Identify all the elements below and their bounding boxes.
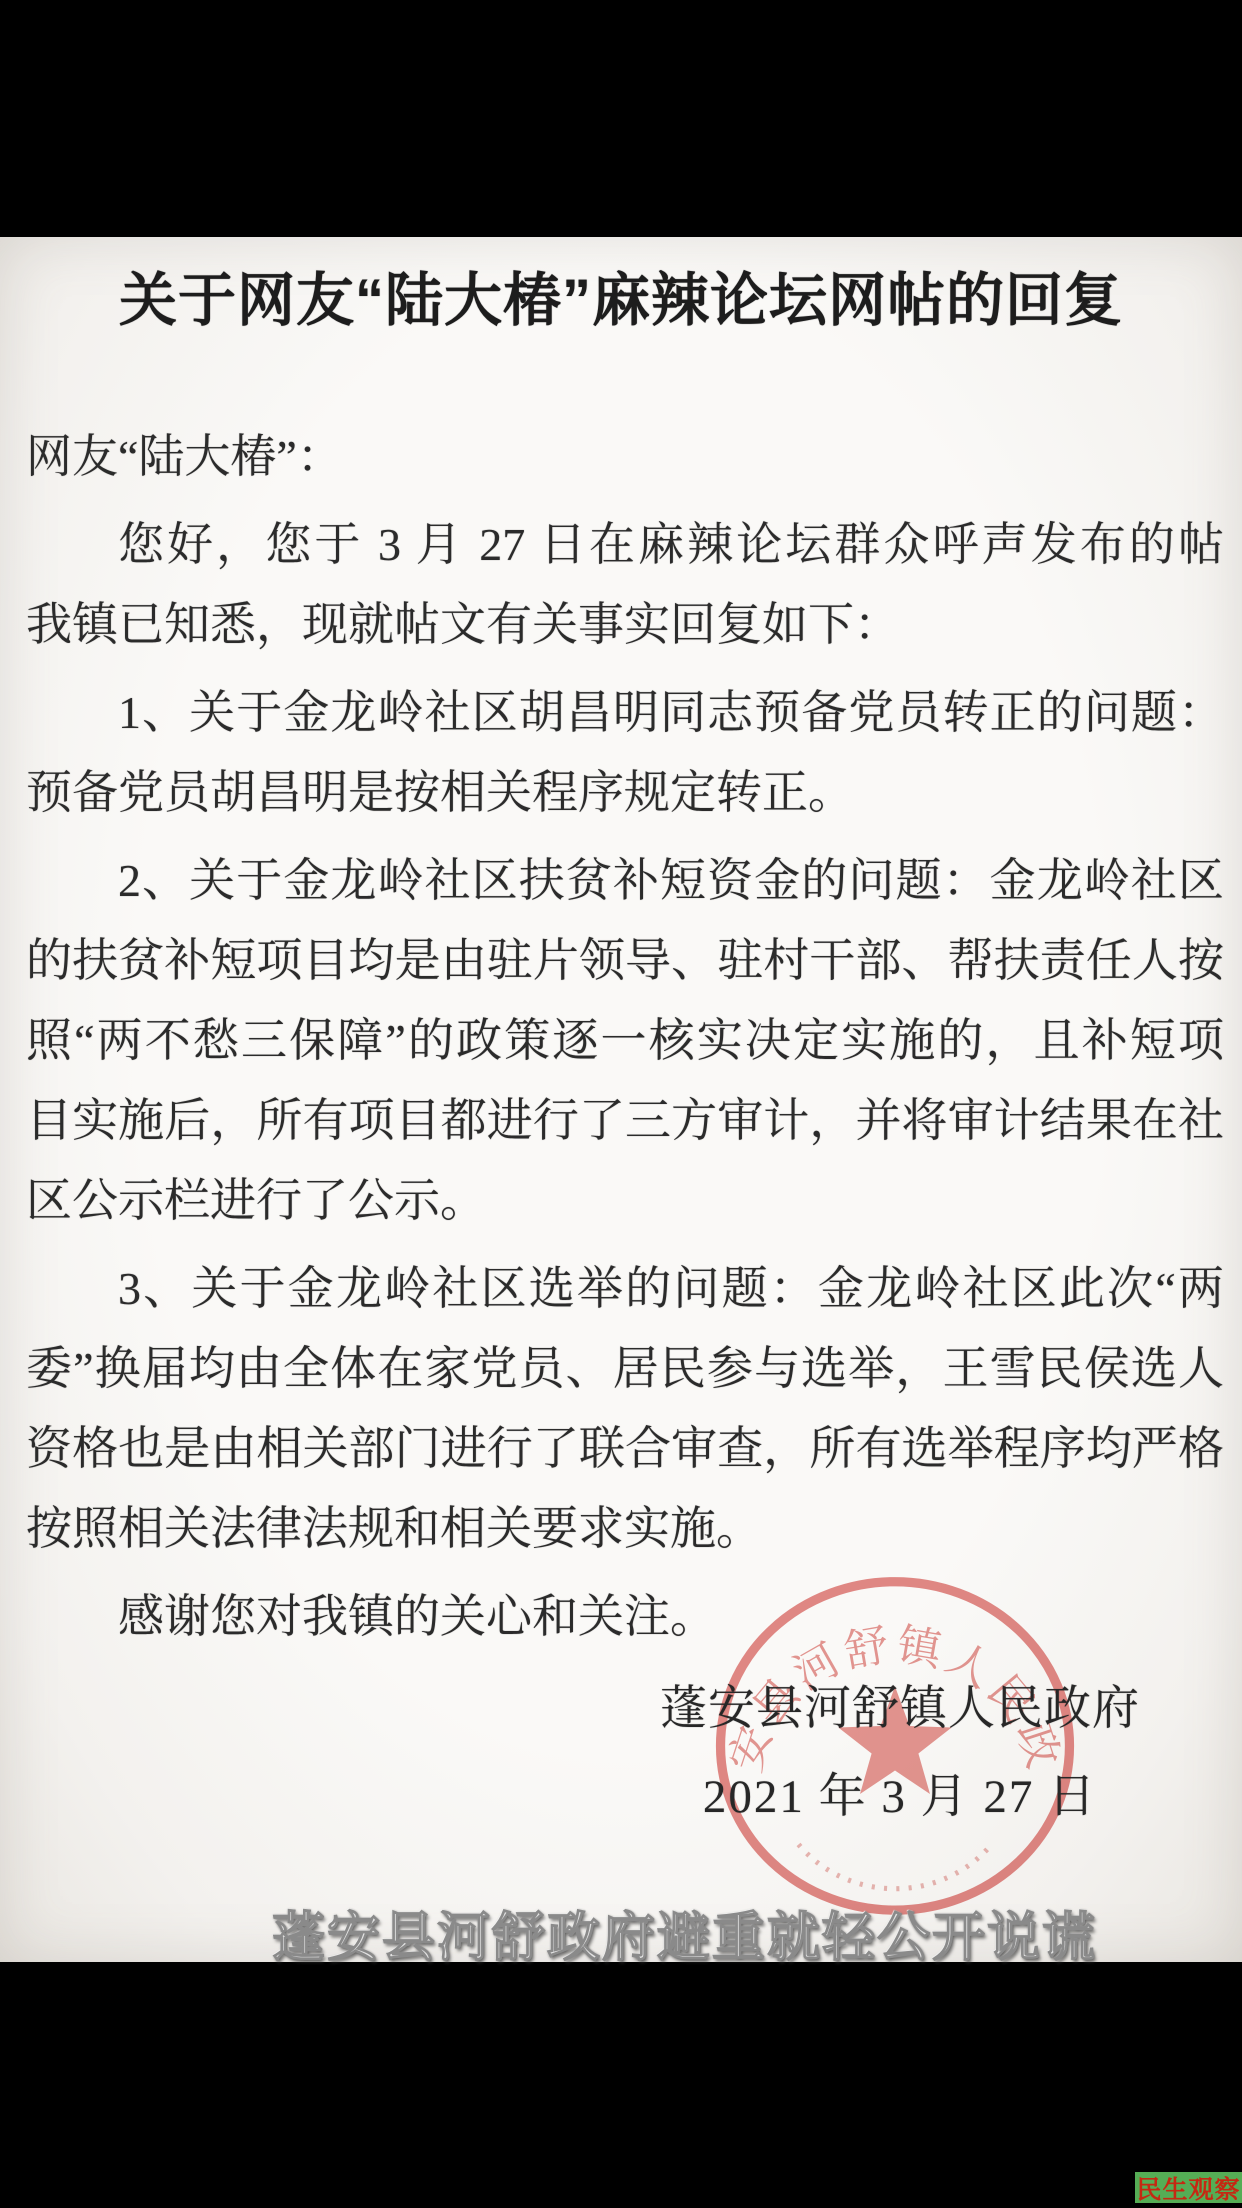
body-line: 1、关于金龙岭社区胡昌明同志预备党员转正的问题： <box>26 673 1224 753</box>
seal-serial-marks <box>799 1844 992 1888</box>
body-line: 网友“陆大椿”： <box>26 417 1224 497</box>
top-letterbox <box>0 0 1242 237</box>
signature-org: 蓬安县河舒镇人民政府 <box>660 1665 1140 1753</box>
body-line: 按照相关法律法规和相关要求实施。 <box>26 1489 1224 1569</box>
body-line: 2、关于金龙岭社区扶贫补短资金的问题：金龙岭社区 <box>26 841 1224 921</box>
body-line: 的扶贫补短项目均是由驻片领导、驻村干部、帮扶责任人按 <box>26 921 1224 1001</box>
letter-body: 网友“陆大椿”：您好，您于 3 月 27 日在麻辣论坛群众呼声发布的帖文，我镇已… <box>26 417 1224 1657</box>
body-line: 您好，您于 3 月 27 日在麻辣论坛群众呼声发布的帖文， <box>26 505 1224 585</box>
signature-block: 蓬安县河舒镇人民政府 2021 年 3 月 27 日 <box>660 1665 1140 1841</box>
body-line: 资格也是由相关部门进行了联合审查，所有选举程序均严格 <box>26 1409 1224 1489</box>
bottom-letterbox <box>0 1962 1242 2208</box>
body-line: 照“两不愁三保障”的政策逐一核实决定实施的，且补短项 <box>26 1001 1224 1081</box>
watermark-badge: 民生观察 <box>1135 2172 1242 2203</box>
scanned-letter: 关于网友“陆大椿”麻辣论坛网帖的回复 网友“陆大椿”：您好，您于 3 月 27 … <box>0 237 1242 1962</box>
body-line: 目实施后，所有项目都进行了三方审计，并将审计结果在社 <box>26 1081 1224 1161</box>
body-line: 我镇已知悉，现就帖文有关事实回复如下： <box>26 585 1224 665</box>
body-line: 3、关于金龙岭社区选举的问题：金龙岭社区此次“两 <box>26 1249 1224 1329</box>
letter-title: 关于网友“陆大椿”麻辣论坛网帖的回复 <box>0 253 1242 337</box>
body-line: 区公示栏进行了公示。 <box>26 1161 1224 1241</box>
video-caption-overlay: 蓬安县河舒政府避重就轻公开说谎 <box>272 1895 1097 1971</box>
body-line: 预备党员胡昌明是按相关程序规定转正。 <box>26 753 1224 833</box>
signature-date: 2021 年 3 月 27 日 <box>660 1753 1140 1841</box>
body-line: 委”换届均由全体在家党员、居民参与选举，王雪民侯选人 <box>26 1329 1224 1409</box>
phone-screenshot: 关于网友“陆大椿”麻辣论坛网帖的回复 网友“陆大椿”：您好，您于 3 月 27 … <box>0 0 1242 2208</box>
